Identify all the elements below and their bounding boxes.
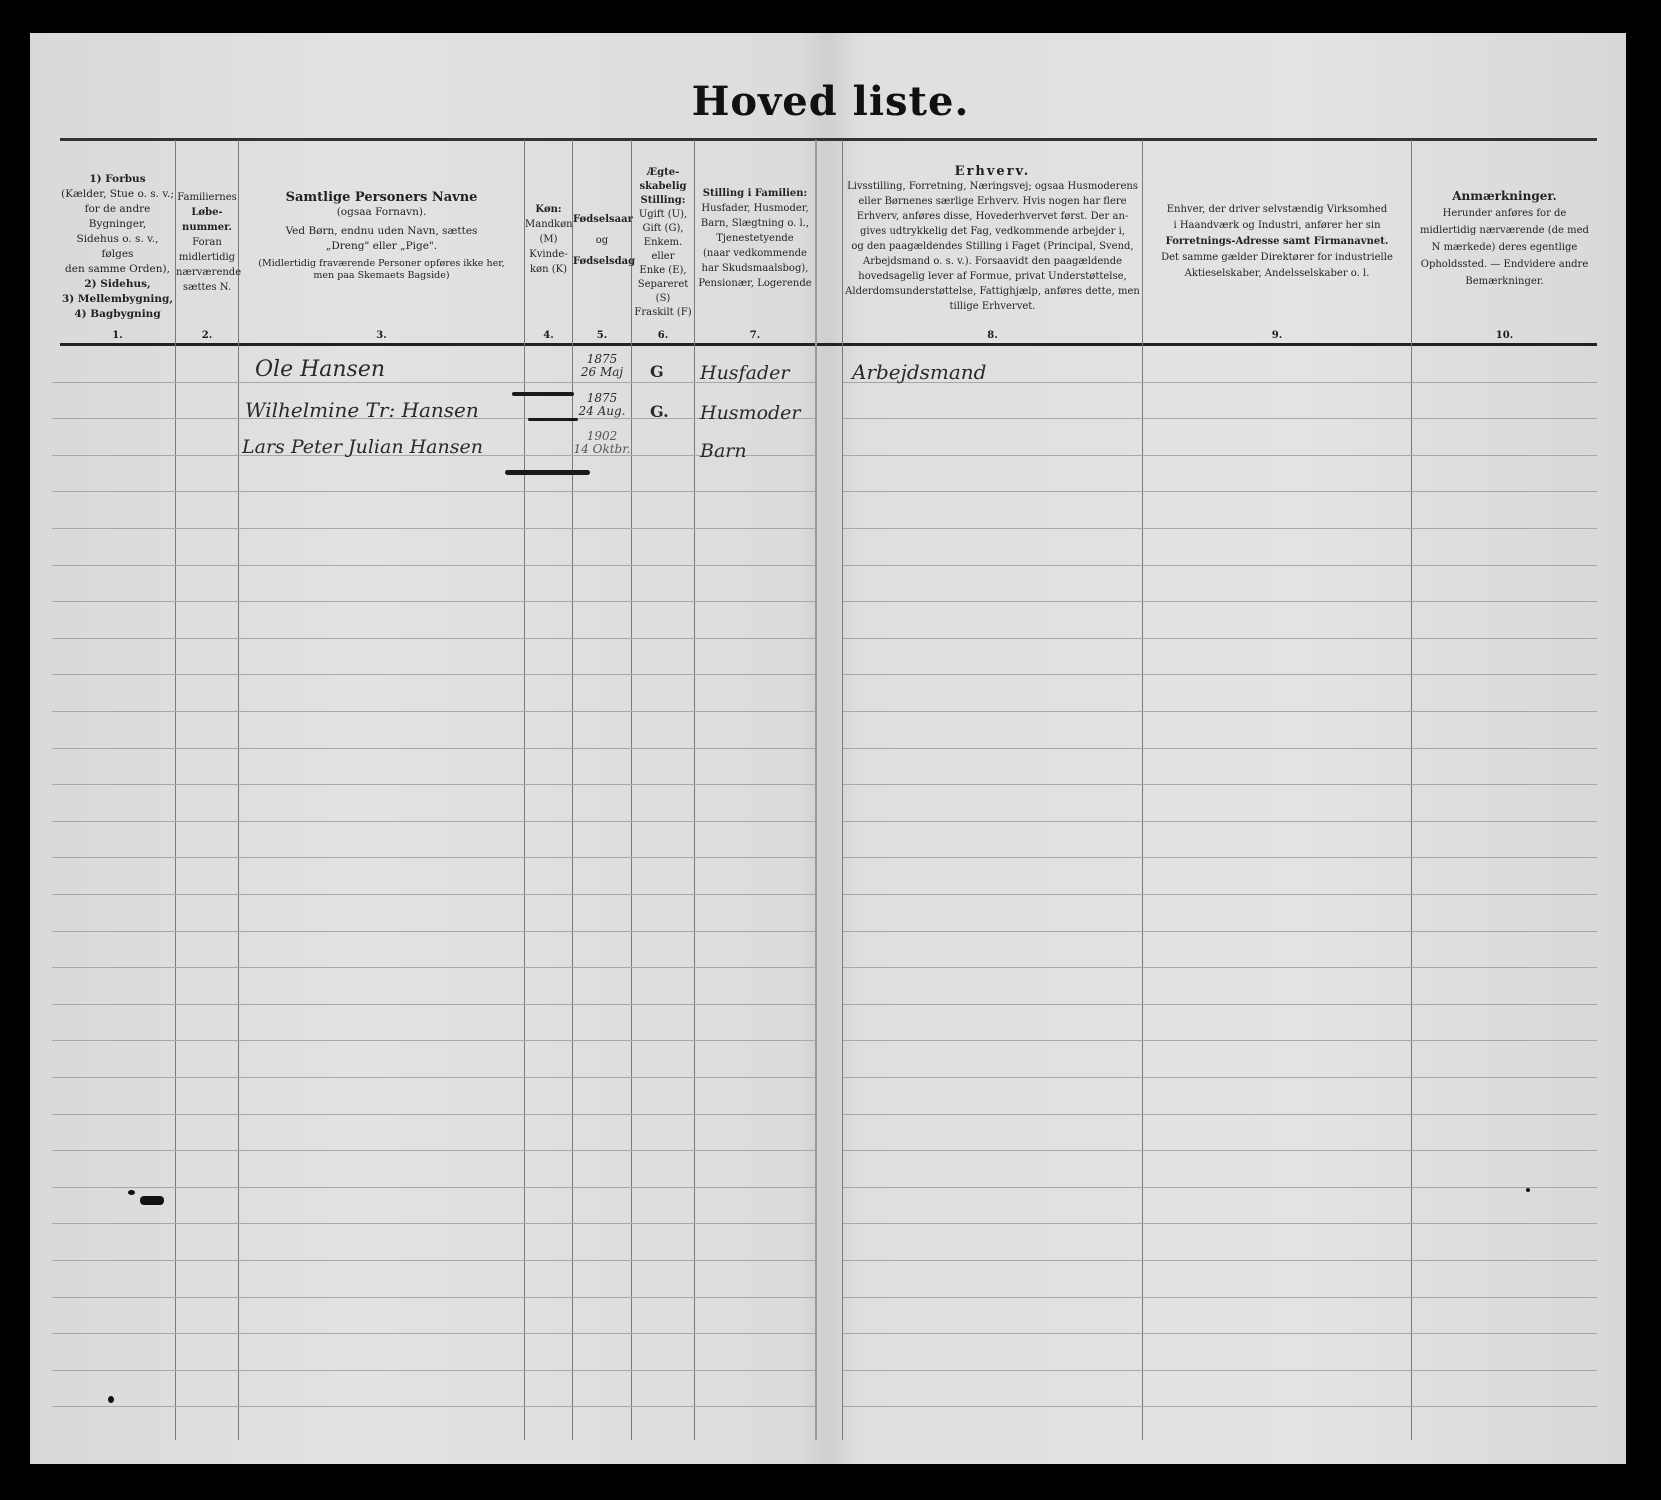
row-line [52, 638, 815, 639]
row-line [52, 894, 815, 895]
heading-col-3: Samtlige Personers Navne (ogsaa Fornavn)… [239, 150, 524, 282]
page-fold [815, 140, 817, 1440]
row-line [843, 1370, 1597, 1371]
heading-col-8: Erhverv. Livsstilling, Forretning, Nærin… [843, 150, 1142, 314]
row-line [843, 931, 1597, 932]
row-line [52, 1406, 815, 1407]
entry-family-role: Barn [700, 440, 747, 462]
row-line [52, 1333, 815, 1334]
header-rule [60, 343, 1597, 346]
row-line [843, 1333, 1597, 1334]
entry-occupation: Arbejdsmand [852, 360, 986, 384]
column-number: 10. [1412, 330, 1597, 341]
row-line [52, 674, 815, 675]
entry-family-role: Husmoder [700, 402, 801, 424]
row-line [52, 1260, 815, 1261]
column-number: 1. [60, 330, 175, 341]
entry-marital: G [650, 362, 664, 381]
row-line [843, 1114, 1597, 1115]
row-line [52, 601, 815, 602]
ink-speck [128, 1190, 135, 1195]
row-line [52, 1150, 815, 1151]
row-line [52, 711, 815, 712]
row-line [52, 1077, 815, 1078]
row-line [843, 528, 1597, 529]
row-line [843, 1040, 1597, 1041]
row-line [52, 565, 815, 566]
row-line [843, 418, 1597, 419]
column-number: 2. [176, 330, 238, 341]
heading-col-10: Anmærkninger. Herunder anføres for de mi… [1412, 150, 1597, 290]
ink-speck [140, 1196, 164, 1205]
row-line [843, 1004, 1597, 1005]
entry-name: Wilhelmine Tr: Hansen [245, 398, 479, 422]
entry-name: Ole Hansen [255, 357, 385, 382]
heading-col-2: Familiernes Løbe- nummer. Foran midlerti… [176, 150, 238, 295]
ink-speck [108, 1396, 114, 1403]
heading-col-5: Fødselsaar og Fødselsdag [573, 150, 631, 269]
row-line [52, 491, 815, 492]
column-number: 7. [695, 330, 815, 341]
heading-col-6: Ægte- skabelig Stilling: Ugift (U), Gift… [632, 150, 694, 320]
row-line [52, 931, 815, 932]
entry-name: Lars Peter Julian Hansen [242, 436, 483, 458]
row-line [843, 1297, 1597, 1298]
pen-mark [505, 470, 590, 475]
row-line [843, 1406, 1597, 1407]
ink-speck [1526, 1188, 1530, 1192]
top-rule [60, 138, 1597, 141]
row-line [843, 1150, 1597, 1151]
row-line [52, 967, 815, 968]
column-number: 5. [573, 330, 631, 341]
entry-birth: 187524 Aug. [573, 392, 631, 418]
row-line [52, 1114, 815, 1115]
row-line [843, 711, 1597, 712]
row-line [52, 1004, 815, 1005]
column-number: 6. [632, 330, 694, 341]
column-number: 4. [525, 330, 572, 341]
heading-col-4: Køn: Mandkøn (M) Kvinde- køn (K) [525, 150, 572, 277]
row-line [843, 821, 1597, 822]
row-line [843, 857, 1597, 858]
row-line [843, 1260, 1597, 1261]
row-line [843, 1223, 1597, 1224]
heading-col-9: Enhver, der driver selvstændig Virksomhe… [1143, 150, 1411, 282]
heading-col-7: Stilling i Familien: Husfader, Husmoder,… [695, 150, 815, 291]
row-line [843, 967, 1597, 968]
page-title: Hoved liste. [0, 78, 1661, 125]
row-line [52, 1040, 815, 1041]
entry-marital: G. [650, 402, 669, 421]
row-line [843, 565, 1597, 566]
row-line [843, 1187, 1597, 1188]
entry-family-role: Husfader [700, 362, 789, 384]
entry-birth: 190214 Oktbr. [573, 430, 631, 456]
row-line [52, 784, 815, 785]
pen-mark [528, 418, 578, 421]
row-line [52, 857, 815, 858]
row-line [843, 491, 1597, 492]
row-line [52, 821, 815, 822]
row-line [843, 1077, 1597, 1078]
pen-mark [512, 392, 574, 396]
row-line [843, 784, 1597, 785]
row-line [843, 748, 1597, 749]
row-line [843, 601, 1597, 602]
row-line [52, 1223, 815, 1224]
column-number: 3. [239, 330, 524, 341]
row-line [843, 455, 1597, 456]
row-line [843, 638, 1597, 639]
row-line [52, 1187, 815, 1188]
row-line [843, 894, 1597, 895]
column-number: 8. [843, 330, 1142, 341]
row-line [843, 674, 1597, 675]
row-line [52, 528, 815, 529]
entry-birth: 187526 Maj [573, 353, 631, 379]
row-line [52, 1370, 815, 1371]
heading-col-1: 1) Forbus (Kælder, Stue o. s. v.; for de… [60, 150, 175, 322]
row-line [52, 748, 815, 749]
column-number: 9. [1143, 330, 1411, 341]
row-line [52, 1297, 815, 1298]
